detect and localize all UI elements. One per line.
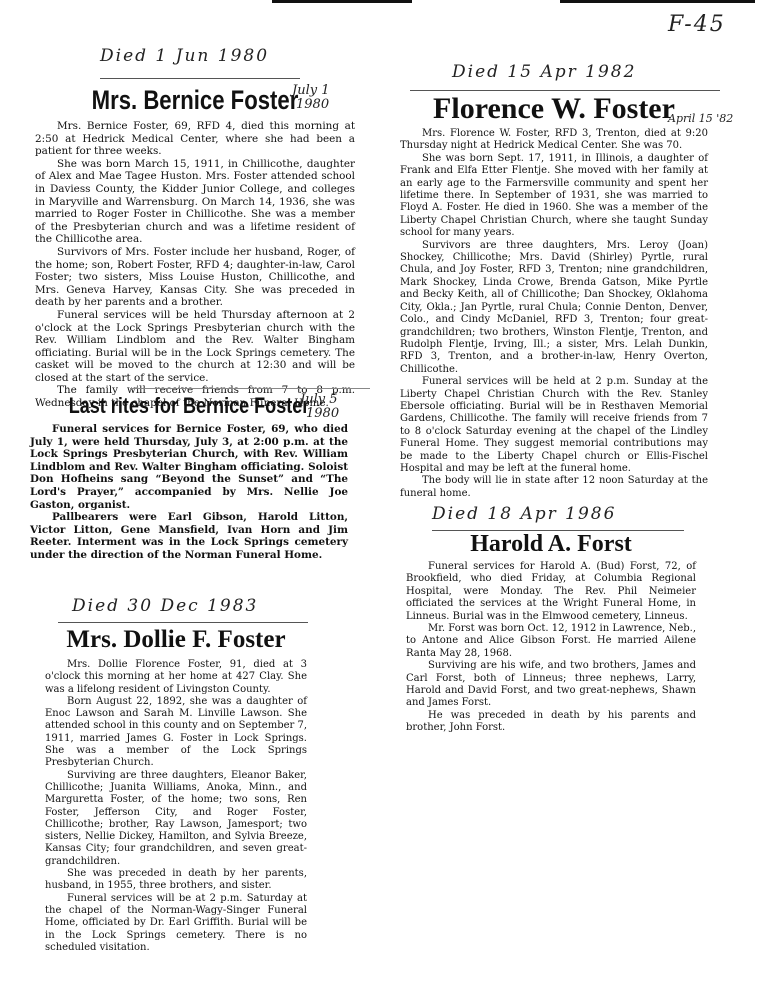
paragraph: She was born Sept. 17, 1911, in Illinois…: [400, 153, 708, 240]
paragraph: She was born March 15, 1911, in Chillico…: [35, 158, 355, 246]
paragraph: Mrs. Dollie Florence Foster, 91, died at…: [45, 659, 307, 696]
paragraph: Mrs. Bernice Foster, 69, RFD 4, died thi…: [35, 120, 355, 158]
paragraph: Funeral services for Bernice Foster, 69,…: [30, 423, 348, 511]
divider: [130, 388, 370, 389]
article-florence-foster: Florence W. Foster Mrs. Florence W. Fost…: [400, 92, 708, 500]
margin-note: July 1 1980: [292, 84, 330, 112]
headline: Harold A. Forst: [406, 530, 696, 558]
margin-note: April 15 '82: [668, 112, 733, 126]
article-harold-forst: Harold A. Forst Funeral services for Har…: [406, 530, 696, 735]
paragraph: Funeral services will be held at 2 p.m. …: [400, 376, 708, 475]
paragraph: Funeral services for Harold A. (Bud) For…: [406, 561, 696, 623]
article-bernice-foster: Mrs. Bernice Foster Mrs. Bernice Foster,…: [35, 84, 355, 410]
paragraph: Funeral services will be at 2 p.m. Satur…: [45, 893, 307, 954]
article-dollie-foster: Mrs. Dollie F. Foster Mrs. Dollie Floren…: [45, 625, 307, 954]
handwritten-date: Died 1 Jun 1980: [100, 46, 269, 66]
handwritten-date: Died 30 Dec 1983: [72, 596, 258, 616]
paragraph: The body will lie in state after 12 noon…: [400, 475, 708, 500]
divider: [58, 622, 308, 623]
headline: Florence W. Foster: [400, 92, 708, 126]
paragraph: Survivors of Mrs. Foster include her hus…: [35, 246, 355, 309]
margin-note-line: July 1: [292, 84, 330, 98]
headline: Mrs. Dollie F. Foster: [45, 625, 307, 655]
paragraph: Survivors are three daughters, Mrs. Lero…: [400, 240, 708, 376]
paragraph: Surviving are his wife, and two brothers…: [406, 660, 696, 710]
paragraph: Pallbearers were Earl Gibson, Harold Lit…: [30, 511, 348, 561]
margin-note-line: 1980: [292, 98, 330, 112]
paragraph: He was preceded in death by his parents …: [406, 710, 696, 735]
paragraph: Surviving are three daughters, Eleanor B…: [45, 770, 307, 868]
paragraph: She was preceded in death by her parents…: [45, 868, 307, 893]
paragraph: Born August 22, 1892, she was a daughter…: [45, 696, 307, 770]
page-reference: F-45: [668, 12, 726, 37]
handwritten-date: Died 18 Apr 1986: [432, 504, 616, 524]
handwritten-date: Died 15 Apr 1982: [452, 62, 636, 82]
paragraph: Mrs. Florence W. Foster, RFD 3, Trenton,…: [400, 128, 708, 153]
margin-note-line: April 15 '82: [668, 112, 733, 126]
scan-edge: [560, 0, 755, 3]
margin-note-line: 1980: [300, 407, 339, 421]
divider: [100, 78, 300, 79]
scan-edge: [272, 0, 412, 3]
paragraph: Mr. Forst was born Oct. 12, 1912 in Lawr…: [406, 623, 696, 660]
headline: Mrs. Bernice Foster: [64, 84, 326, 116]
headline: Last rites for Bernice Foster: [59, 393, 320, 419]
paragraph: Funeral services will be held Thursday a…: [35, 309, 355, 385]
divider: [410, 90, 720, 91]
margin-note-line: July 5: [300, 393, 339, 407]
margin-note: July 5 1980: [300, 393, 339, 421]
